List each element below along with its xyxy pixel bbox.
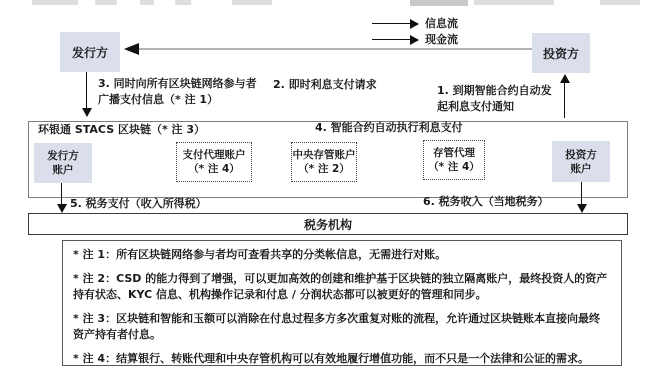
custodian-agent-box: 存管代理 （* 注 4） xyxy=(423,140,485,180)
investor-account-line2: 账户 xyxy=(571,162,592,176)
investor-account-box: 投资方 账户 xyxy=(552,141,610,182)
issuer-label: 发行方 xyxy=(72,44,108,61)
footnote-3: * 注 3：区块链和智能和玉额可以消除在付息过程多方多次重复对账的流程，允许通过… xyxy=(73,311,611,343)
cash-flow-arrowhead-icon xyxy=(410,35,419,45)
paying-agent-line1: 支付代理账户 xyxy=(183,148,246,162)
footnote-4: * 注 4：结算银行、转账代理和中央存管机构可以有效地履行增值功能，而不只是一个… xyxy=(73,351,611,367)
investor-to-issuer-line xyxy=(138,48,532,50)
step1-line1: 1. 到期智能合约自动发 xyxy=(437,83,552,99)
investor-label: 投资方 xyxy=(543,45,579,62)
tax-agency-bar: 税务机构 xyxy=(28,213,628,235)
footnote-2: * 注 2：CSD 的能力得到了增强，可以更加高效的创建和维护基于区块链的独立隔… xyxy=(73,271,611,303)
cropped-title-remnant xyxy=(410,0,468,6)
paying-agent-line2: （* 注 4） xyxy=(188,162,240,176)
csd-account-line2: （* 注 2） xyxy=(298,162,350,176)
cropped-title-remnant xyxy=(474,0,554,5)
issuer-box: 发行方 xyxy=(60,32,120,72)
tax-right-arrowhead-icon xyxy=(577,204,587,213)
issuer-down-arrowhead-icon xyxy=(82,108,92,117)
step4-label: 4. 智能合约自动执行利息支付 xyxy=(315,120,463,136)
investor-up-arrowhead-icon xyxy=(560,74,570,83)
cropped-title-remnant xyxy=(140,0,154,5)
legend-cash-flow-label: 现金流 xyxy=(425,32,458,48)
issuer-account-line1: 发行方 xyxy=(47,149,79,163)
step3-label: 3. 同时向所有区块链网络参与者 广播支付信息（* 注 1） xyxy=(98,76,257,108)
legend-info-flow-label: 信息流 xyxy=(425,16,458,32)
info-flow-arrow-line xyxy=(372,23,412,24)
cropped-title-remnant xyxy=(95,0,117,5)
footnotes-box: * 注 1：所有区块链网络参与者均可查看共享的分类帐信息，无需进行对账。 * 注… xyxy=(62,240,622,366)
step2-label: 2. 即时利息支付请求 xyxy=(273,77,377,93)
step1-line2: 起利息支付通知 xyxy=(437,99,552,115)
cropped-title-remnant xyxy=(600,0,640,5)
paying-agent-account-box: 支付代理账户 （* 注 4） xyxy=(176,142,252,182)
cropped-title-remnant xyxy=(32,0,78,5)
tax-agency-label: 税务机构 xyxy=(304,216,352,233)
step3-line2: 广播支付信息（* 注 1） xyxy=(98,92,257,108)
custodian-agent-line2: （* 注 4） xyxy=(428,160,480,174)
issuer-down-line xyxy=(86,72,87,110)
step5-label: 5. 税务支付（收入所得税） xyxy=(70,196,207,212)
investor-up-line xyxy=(564,82,565,118)
cropped-title-remnant xyxy=(232,0,272,5)
step6-label: 6. 税务收入（当地税务） xyxy=(423,194,549,210)
custodian-agent-line1: 存管代理 xyxy=(433,146,475,160)
tax-left-arrowhead-icon xyxy=(57,204,67,213)
csd-account-box: 中央存管账户 （* 注 2） xyxy=(291,142,357,182)
step3-line1: 3. 同时向所有区块链网络参与者 xyxy=(98,76,257,92)
investor-account-line1: 投资方 xyxy=(565,148,597,162)
issuer-account-box: 发行方 账户 xyxy=(34,143,92,183)
footnote-1: * 注 1：所有区块链网络参与者均可查看共享的分类帐信息，无需进行对账。 xyxy=(73,247,611,263)
issuer-account-line2: 账户 xyxy=(53,163,74,177)
step1-label: 1. 到期智能合约自动发 起利息支付通知 xyxy=(437,83,552,115)
stacs-band-title: 环银通 STACS 区块链（* 注 3） xyxy=(38,122,205,138)
investor-box: 投资方 xyxy=(532,33,590,73)
investor-to-issuer-arrowhead-icon xyxy=(124,43,139,55)
csd-account-line1: 中央存管账户 xyxy=(293,148,356,162)
cropped-title-remnant xyxy=(175,0,191,5)
cash-flow-arrow-line xyxy=(372,39,412,40)
payment-flow-diagram: 信息流 现金流 发行方 投资方 3. 同时向所有区块链网络参与者 广播支付信息（… xyxy=(0,0,645,375)
info-flow-arrowhead-icon xyxy=(410,19,419,29)
